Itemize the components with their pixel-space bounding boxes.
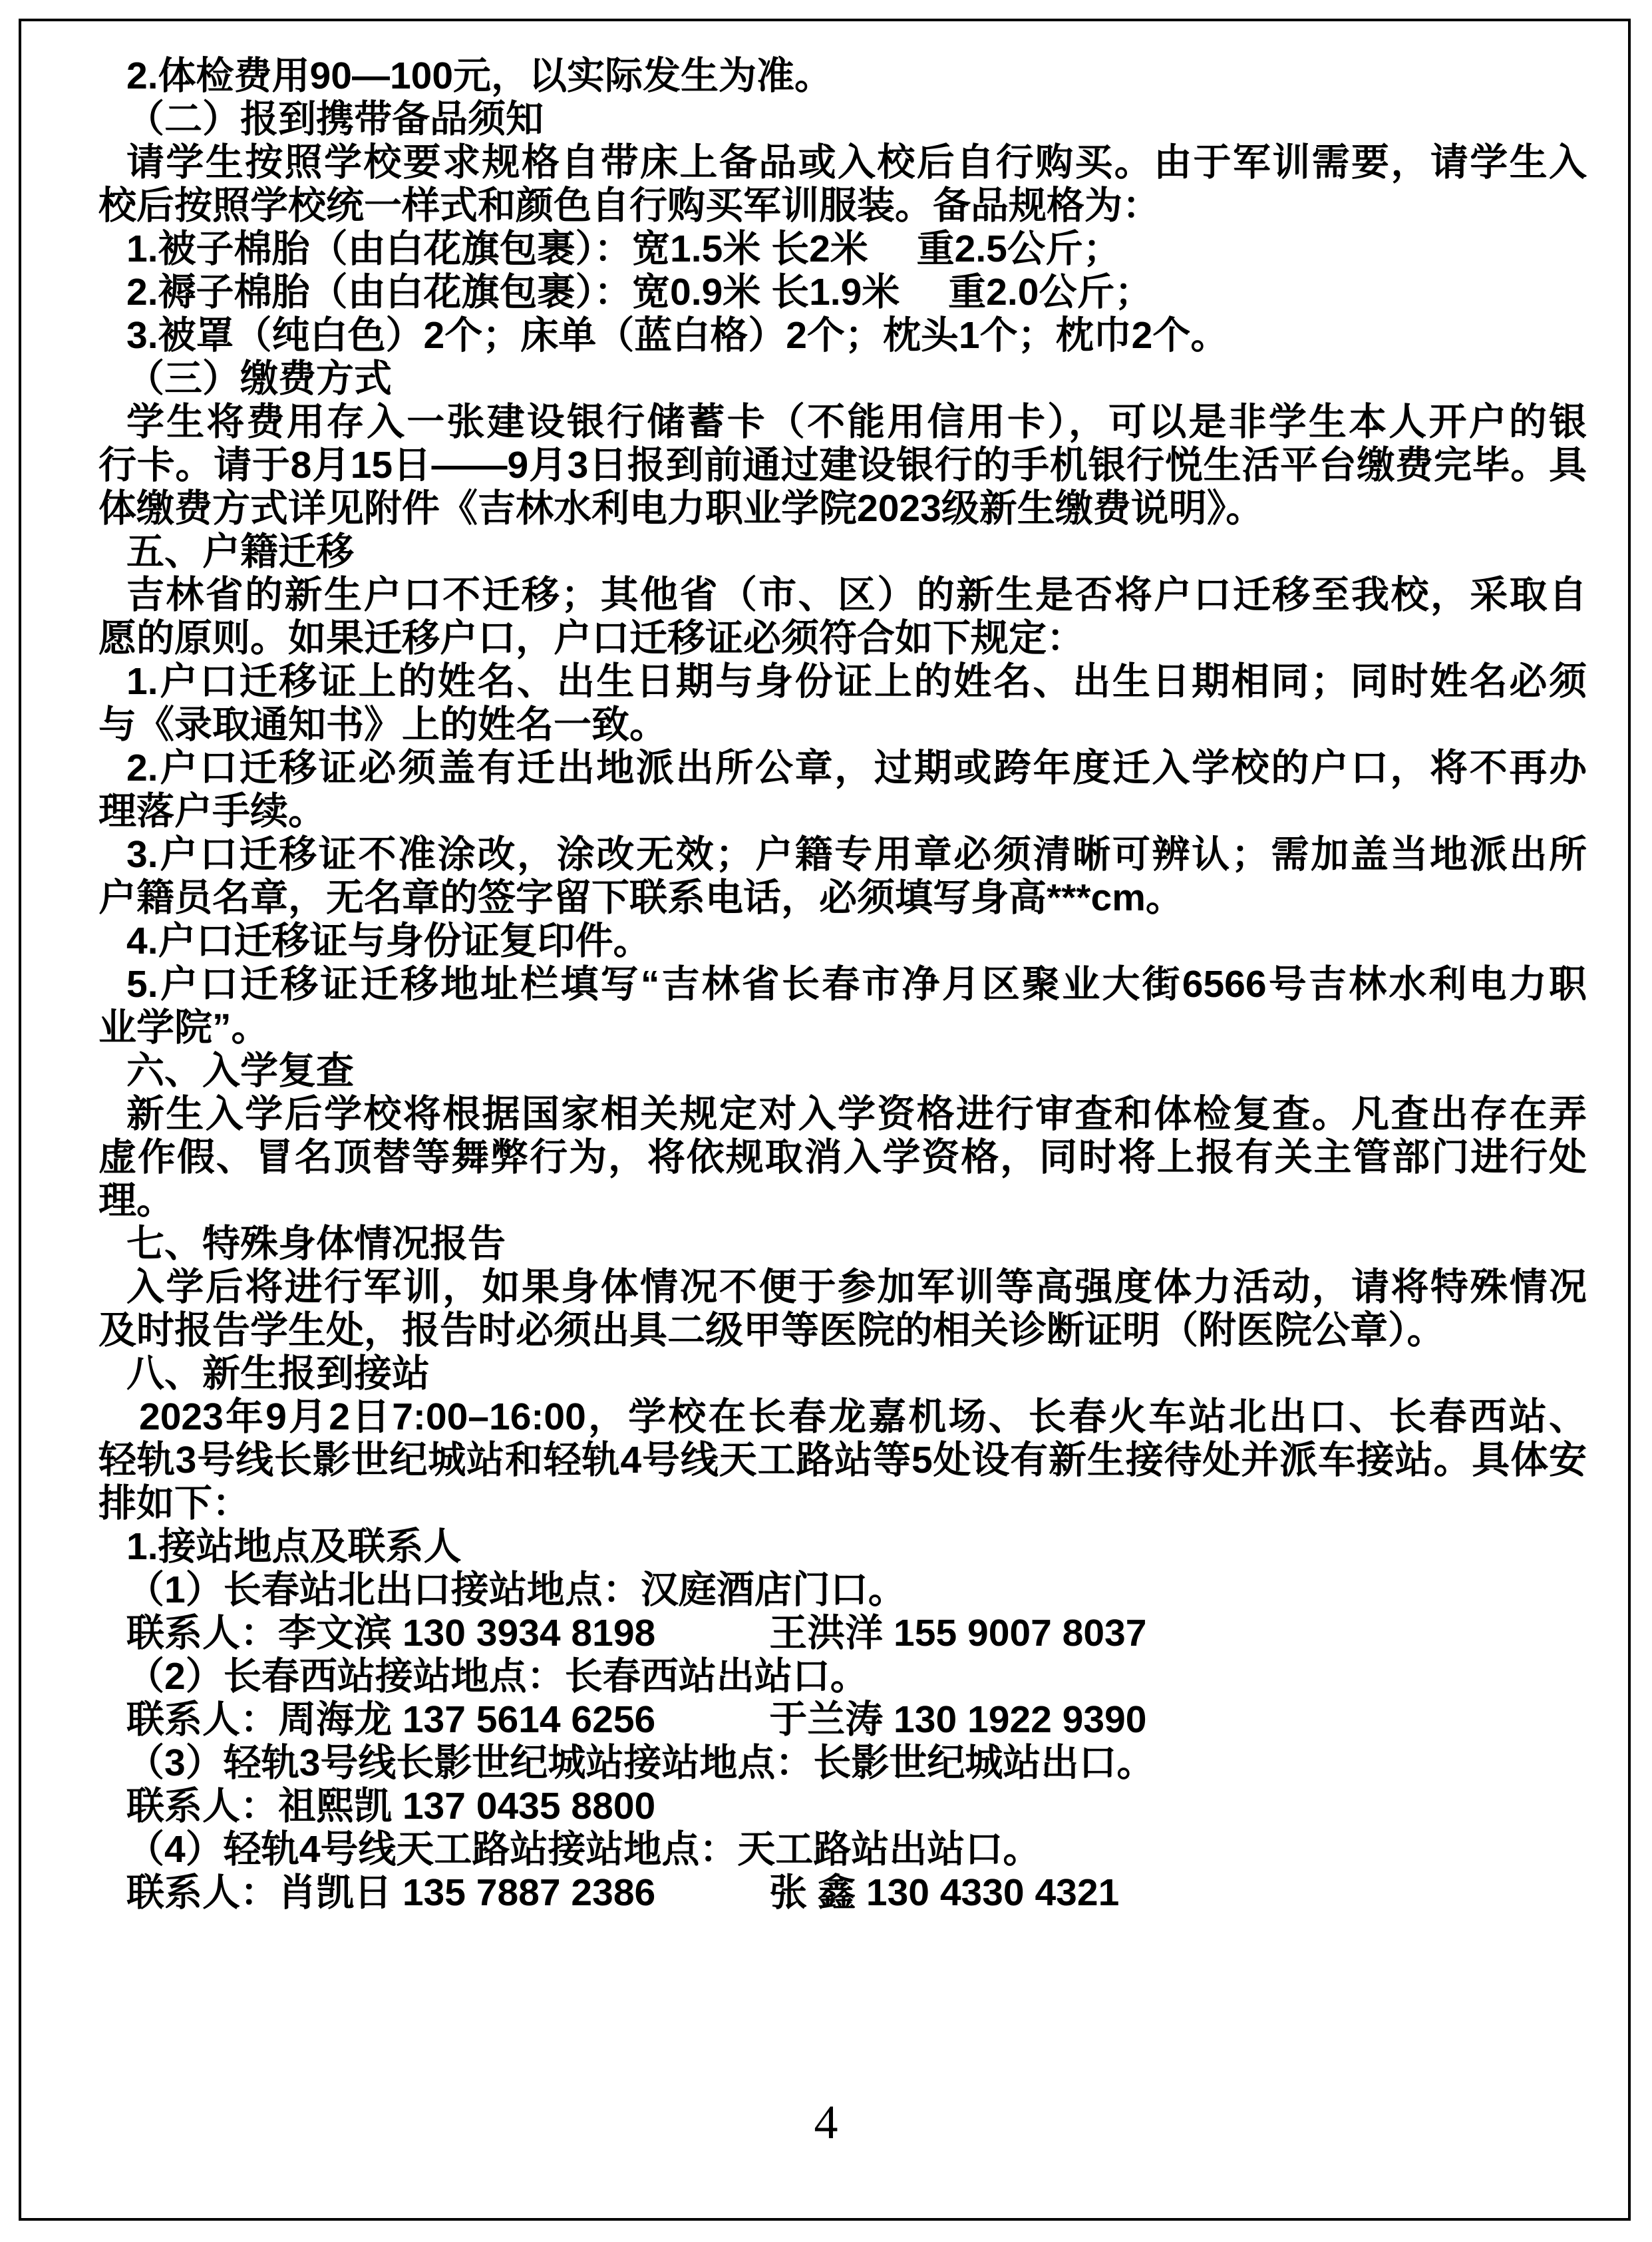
text-line: 联系人：肖凯日 135 7887 2386 张 鑫 130 4330 4321 — [98, 1871, 1587, 1915]
text-line: 5.户口迁移证迁移地址栏填写“吉林省长春市净月区聚业大街6566号吉林水利电力职 — [98, 963, 1587, 1006]
text-line: 2.户口迁移证必须盖有迁出地派出所公章，过期或跨年度迁入学校的户口，将不再办 — [98, 747, 1587, 790]
text-line: （1）长春站北出口接站地点：汉庭酒店门口。 — [98, 1569, 1587, 1612]
text-line: 2023年9月2日7:00–16:00，学校在长春龙嘉机场、长春火车站北出口、长… — [98, 1396, 1587, 1439]
text-line: 校后按照学校统一样式和颜色自行购买军训服装。备品规格为： — [98, 184, 1587, 228]
text-line: 五、户籍迁移 — [98, 530, 1587, 574]
text-line: 六、入学复查 — [98, 1049, 1587, 1093]
text-line: 及时报告学生处，报告时必须出具二级甲等医院的相关诊断证明（附医院公章）。 — [98, 1309, 1587, 1352]
text-line: 吉林省的新生户口不迁移；其他省（市、区）的新生是否将户口迁移至我校，采取自 — [98, 574, 1587, 617]
text-line: 理。 — [98, 1179, 1587, 1222]
text-line: （二）报到携带备品须知 — [98, 98, 1587, 141]
text-line: 联系人：祖熙凯 137 0435 8800 — [98, 1785, 1587, 1828]
text-line: （2）长春西站接站地点：长春西站出站口。 — [98, 1655, 1587, 1698]
text-line: 虚作假、冒名顶替等舞弊行为，将依规取消入学资格，同时将上报有关主管部门进行处 — [98, 1136, 1587, 1179]
page-number: 4 — [0, 2095, 1652, 2150]
text-line: 2.褥子棉胎（由白花旗包裹）：宽0.9米 长1.9米 重2.0公斤； — [98, 271, 1587, 314]
text-line: 学生将费用存入一张建设银行储蓄卡（不能用信用卡），可以是非学生本人开户的银 — [98, 401, 1587, 444]
text-line: 1.户口迁移证上的姓名、出生日期与身份证上的姓名、出生日期相同；同时姓名必须 — [98, 660, 1587, 703]
text-line: （三）缴费方式 — [98, 357, 1587, 401]
text-line: 业学院”。 — [98, 1006, 1587, 1049]
text-line: 七、特殊身体情况报告 — [98, 1222, 1587, 1266]
text-line: 联系人：李文滨 130 3934 8198 王洪洋 155 9007 8037 — [98, 1612, 1587, 1655]
text-line: 3.户口迁移证不准涂改，涂改无效；户籍专用章必须清晰可辨认；需加盖当地派出所 — [98, 833, 1587, 876]
text-line: 入学后将进行军训，如果身体情况不便于参加军训等高强度体力活动，请将特殊情况 — [98, 1266, 1587, 1309]
text-line: 4.户口迁移证与身份证复印件。 — [98, 920, 1587, 963]
text-line: 请学生按照学校要求规格自带床上备品或入校后自行购买。由于军训需要，请学生入 — [98, 141, 1587, 184]
text-line: 行卡。请于8月15日——9月3日报到前通过建设银行的手机银行悦生活平台缴费完毕。… — [98, 444, 1587, 487]
text-line: 八、新生报到接站 — [98, 1352, 1587, 1396]
text-line: 2.体检费用90—100元，以实际发生为准。 — [98, 55, 1587, 98]
text-line: 联系人：周海龙 137 5614 6256 于兰涛 130 1922 9390 — [98, 1698, 1587, 1742]
text-line: （3）轻轨3号线长影世纪城站接站地点：长影世纪城站出口。 — [98, 1742, 1587, 1785]
text-line: 体缴费方式详见附件《吉林水利电力职业学院2023级新生缴费说明》。 — [98, 487, 1587, 530]
text-line: 与《录取通知书》上的姓名一致。 — [98, 703, 1587, 747]
text-line: 愿的原则。如果迁移户口，户口迁移证必须符合如下规定： — [98, 617, 1587, 660]
text-line: 轻轨3号线长影世纪城站和轻轨4号线天工路站等5处设有新生接待处并派车接站。具体安 — [98, 1439, 1587, 1482]
text-line: 户籍员名章，无名章的签字留下联系电话，必须填写身高***cm。 — [98, 876, 1587, 920]
text-line: 3.被罩（纯白色）2个；床单（蓝白格）2个；枕头1个；枕巾2个。 — [98, 314, 1587, 357]
text-line: 1.被子棉胎（由白花旗包裹）：宽1.5米 长2米 重2.5公斤； — [98, 228, 1587, 271]
document-body: 2.体检费用90—100元，以实际发生为准。（二）报到携带备品须知请学生按照学校… — [98, 55, 1587, 1915]
text-line: 理落户手续。 — [98, 790, 1587, 833]
document-page: 2.体检费用90—100元，以实际发生为准。（二）报到携带备品须知请学生按照学校… — [0, 0, 1652, 2242]
text-line: 新生入学后学校将根据国家相关规定对入学资格进行审查和体检复查。凡查出存在弄 — [98, 1093, 1587, 1136]
text-line: 排如下： — [98, 1482, 1587, 1525]
text-line: 1.接站地点及联系人 — [98, 1525, 1587, 1569]
text-line: （4）轻轨4号线天工路站接站地点：天工路站出站口。 — [98, 1828, 1587, 1871]
